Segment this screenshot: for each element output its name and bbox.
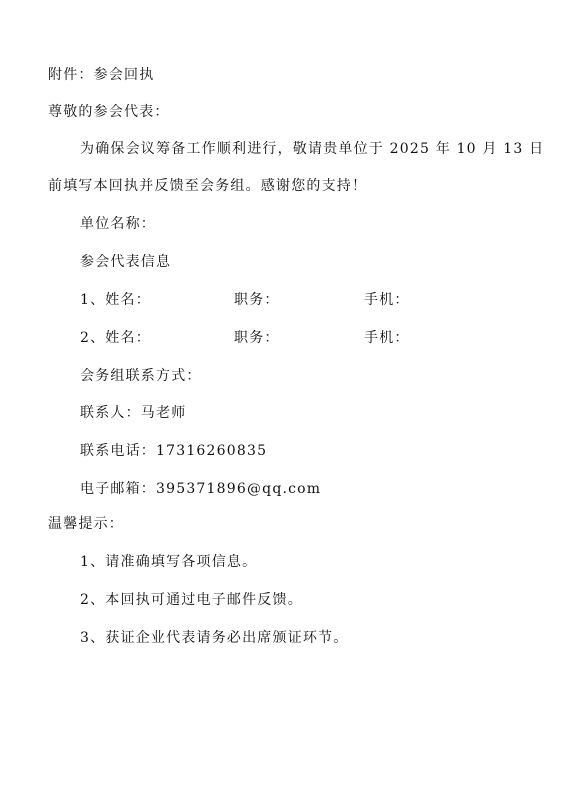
tip-item: 1、请准确填写各项信息。 [80, 553, 257, 571]
contact-person: 联系人：马老师 [80, 404, 186, 422]
contact-email: 电子邮箱：395371896@qq.com [80, 480, 321, 498]
rep-2-phone-label: 手机： [364, 329, 410, 347]
rep-2-title-label: 职务： [234, 329, 280, 347]
rep-2-name-label: 2、姓名： [80, 329, 151, 347]
contact-heading: 会务组联系方式： [80, 367, 202, 385]
tip-item: 2、本回执可通过电子邮件反馈。 [80, 591, 303, 609]
greeting: 尊敬的参会代表： [48, 103, 170, 121]
intro-paragraph-line-1: 为确保会议筹备工作顺利进行，敬请贵单位于 2025 年 10 月 13 日 [80, 140, 544, 158]
tips-heading: 温馨提示： [48, 515, 124, 533]
intro-paragraph-line-2: 前填写本回执并反馈至会务组。感谢您的支持！ [48, 177, 367, 195]
contact-phone: 联系电话：17316260835 [80, 442, 267, 460]
rep-1-phone-label: 手机： [364, 291, 410, 309]
tip-item: 3、获证企业代表请务必出席颁证环节。 [80, 629, 349, 647]
rep-1-name-label: 1、姓名： [80, 291, 151, 309]
rep-1-title-label: 职务： [234, 291, 280, 309]
rep-info-heading: 参会代表信息 [80, 253, 171, 271]
attachment-title: 附件：参会回执 [48, 66, 154, 84]
unit-name-label: 单位名称： [80, 215, 156, 233]
